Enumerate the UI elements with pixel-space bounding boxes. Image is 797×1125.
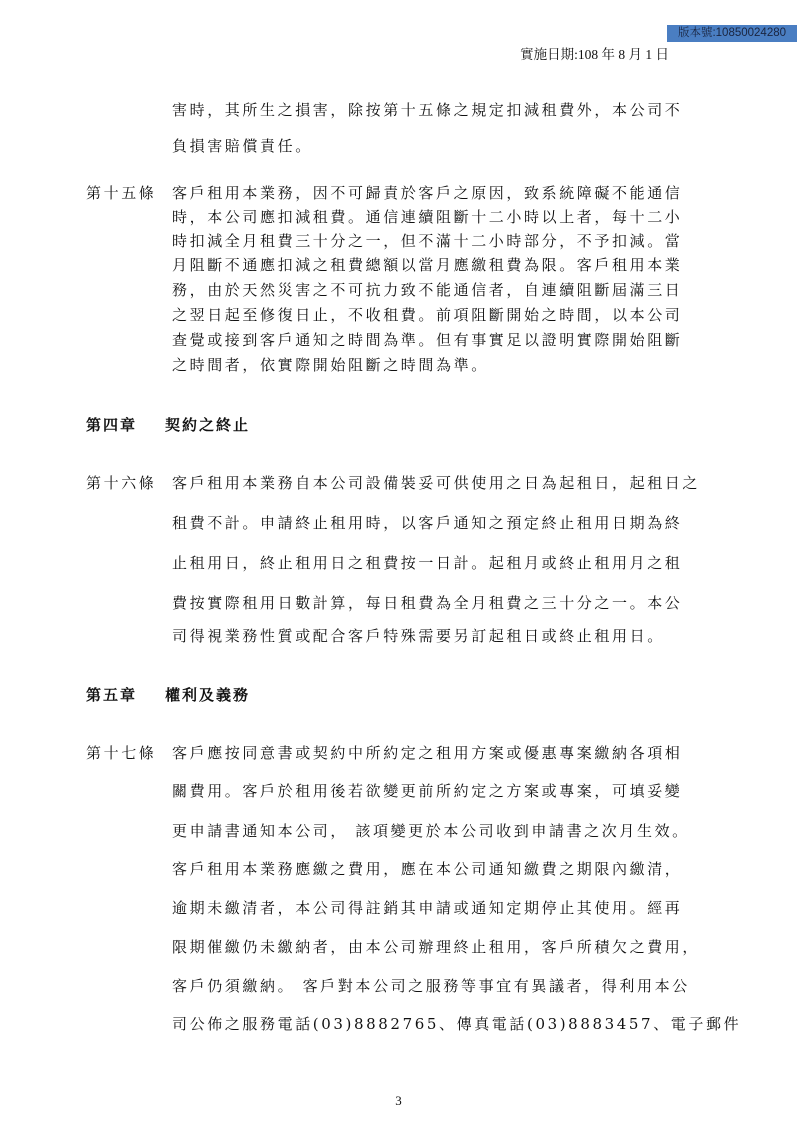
article-line: 逾期未繳清者，本公司得註銷其申請或通知定期停止其使用。經再: [172, 898, 682, 918]
article-line: 客戶租用本業務應繳之費用，應在本公司通知繳費之期限內繳清，: [172, 859, 682, 879]
article-text: 客戶租用本業務自本公司設備裝妥可供使用之日為起租日，起租日之: [172, 474, 700, 492]
article-label: 第十六條: [86, 473, 172, 493]
chapter-number: 第四章: [86, 415, 165, 435]
article-label: 第十七條: [86, 743, 172, 763]
article-line: 限期催繳仍未繳納者，由本公司辦理終止租用，客戶所積欠之費用，: [172, 937, 700, 957]
article-line: 費按實際租用日數計算，每日租費為全月租費之三十分之一。本公: [172, 593, 682, 613]
chapter-heading-4: 第四章契約之終止: [86, 415, 250, 435]
article-line: 務，由於天然災害之不可抗力致不能通信者，自連續阻斷屆滿三日: [172, 280, 682, 300]
effective-date: 實施日期:108 年 8 月 1 日: [520, 46, 669, 64]
continuation-line: 害時，其所生之損害，除按第十五條之規定扣減租費外，本公司不: [172, 100, 682, 120]
article-16: 第十六條客戶租用本業務自本公司設備裝妥可供使用之日為起租日，起租日之: [86, 473, 700, 493]
version-badge: 版本號:10850024280: [667, 25, 797, 42]
article-line: 司公佈之服務電話(03)8882765、傳真電話(03)8883457、電子郵件: [172, 1014, 741, 1034]
chapter-heading-5: 第五章權利及義務: [86, 685, 250, 705]
article-line: 時扣減全月租費三十分之一，但不滿十二小時部分，不予扣減。當: [172, 231, 682, 251]
continuation-line: 負損害賠償責任。: [172, 136, 313, 156]
article-line: 關費用。客戶於租用後若欲變更前所約定之方案或專案，可填妥變: [172, 781, 682, 801]
article-line: 客戶仍須繳納。 客戶對本公司之服務等事宜有異議者，得利用本公: [172, 976, 690, 996]
article-label: 第十五條: [86, 183, 172, 203]
chapter-number: 第五章: [86, 685, 165, 705]
article-line: 之翌日起至修復日止，不收租費。前項阻斷開始之時間，以本公司: [172, 305, 682, 325]
article-line: 司得視業務性質或配合客戶特殊需要另訂起租日或終止租用日。: [172, 626, 665, 646]
article-text: 客戶應按同意書或契約中所約定之租用方案或優惠專案繳納各項相: [172, 744, 682, 762]
article-line: 租費不計。申請終止租用時，以客戶通知之預定終止租用日期為終: [172, 513, 682, 533]
chapter-title: 權利及義務: [165, 686, 250, 704]
page-number: 3: [0, 1093, 797, 1109]
article-line: 更申請書通知本公司， 該項變更於本公司收到申請書之次月生效。: [172, 821, 690, 841]
article-line: 之時間者，依實際開始阻斷之時間為準。: [172, 355, 489, 375]
article-17: 第十七條客戶應按同意書或契約中所約定之租用方案或優惠專案繳納各項相: [86, 743, 682, 763]
article-line: 月阻斷不通應扣減之租費總額以當月應繳租費為限。客戶租用本業: [172, 255, 682, 275]
article-15: 第十五條客戶租用本業務，因不可歸責於客戶之原因，致系統障礙不能通信: [86, 183, 682, 203]
article-line: 止租用日，終止租用日之租費按一日計。起租月或終止租用月之租: [172, 553, 682, 573]
chapter-title: 契約之終止: [165, 416, 250, 434]
article-line: 查覺或接到客戶通知之時間為準。但有事實足以證明實際開始阻斷: [172, 330, 682, 350]
article-line: 時，本公司應扣減租費。通信連續阻斷十二小時以上者，每十二小: [172, 207, 682, 227]
article-text: 客戶租用本業務，因不可歸責於客戶之原因，致系統障礙不能通信: [172, 184, 682, 202]
